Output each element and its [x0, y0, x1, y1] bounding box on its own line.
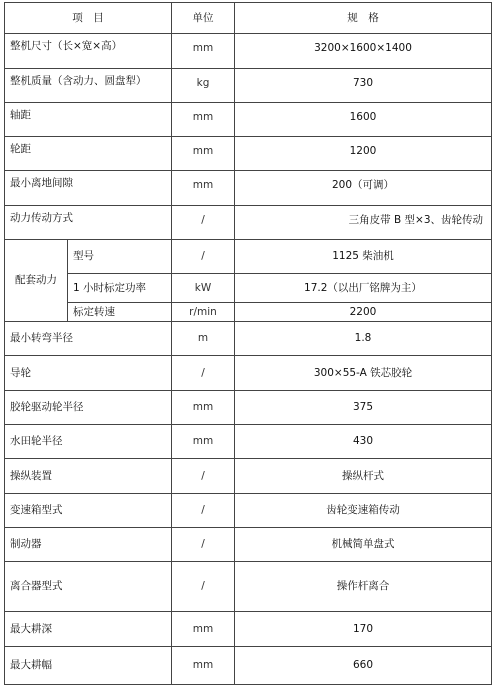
table-row: 轮距 mm 1200 — [5, 137, 492, 171]
unit-cell: mm — [172, 34, 235, 69]
spec-cell: 3200×1600×1400 — [235, 34, 492, 69]
table-row: 变速箱型式 / 齿轮变速箱传动 — [5, 494, 492, 528]
header-unit: 单位 — [172, 3, 235, 34]
spec-cell: 430 — [235, 425, 492, 459]
header-spec: 规 格 — [235, 3, 492, 34]
table-row: 胶轮驱动轮半径 mm 375 — [5, 391, 492, 425]
spec-cell: 齿轮变速箱传动 — [235, 494, 492, 528]
item-cell: 动力传动方式 — [5, 206, 172, 240]
unit-cell: mm — [172, 647, 235, 685]
spec-cell: 三角皮带 B 型×3、齿轮传动 — [235, 206, 492, 240]
unit-cell: mm — [172, 137, 235, 171]
item-cell: 操纵装置 — [5, 459, 172, 494]
table-row: 轴距 mm 1600 — [5, 103, 492, 137]
unit-cell: mm — [172, 391, 235, 425]
table-row: 导轮 / 300×55-A 铁芯胶轮 — [5, 356, 492, 391]
spec-cell: 1125 柴油机 — [235, 240, 492, 274]
spec-cell: 机械简单盘式 — [235, 528, 492, 562]
unit-cell: / — [172, 356, 235, 391]
group-row: 1 小时标定功率 kW 17.2（以出厂铭牌为主） — [5, 274, 492, 303]
unit-cell: / — [172, 494, 235, 528]
item-cell: 最大耕深 — [5, 612, 172, 647]
spec-cell: 170 — [235, 612, 492, 647]
table-row: 整机尺寸（长×宽×高） mm 3200×1600×1400 — [5, 34, 492, 69]
spec-cell: 2200 — [235, 303, 492, 322]
spec-table: 项 目 单位 规 格 整机尺寸（长×宽×高） mm 3200×1600×1400… — [4, 2, 492, 685]
item-cell: 变速箱型式 — [5, 494, 172, 528]
unit-cell: mm — [172, 103, 235, 137]
group-row: 标定转速 r/min 2200 — [5, 303, 492, 322]
group-label: 配套动力 — [5, 240, 68, 322]
table-row: 最小转弯半径 m 1.8 — [5, 322, 492, 356]
group-row: 配套动力 型号 / 1125 柴油机 — [5, 240, 492, 274]
spec-cell: 1.8 — [235, 322, 492, 356]
spec-cell: 375 — [235, 391, 492, 425]
unit-cell: kg — [172, 69, 235, 103]
item-cell: 胶轮驱动轮半径 — [5, 391, 172, 425]
spec-cell: 1600 — [235, 103, 492, 137]
unit-cell: / — [172, 240, 235, 274]
unit-cell: mm — [172, 171, 235, 206]
spec-cell: 730 — [235, 69, 492, 103]
item-cell: 制动器 — [5, 528, 172, 562]
item-cell: 最大耕幅 — [5, 647, 172, 685]
table-row: 最小离地间隙 mm 200（可调） — [5, 171, 492, 206]
sub-item-cell: 1 小时标定功率 — [68, 274, 172, 303]
unit-cell: kW — [172, 274, 235, 303]
item-cell: 轮距 — [5, 137, 172, 171]
item-cell: 导轮 — [5, 356, 172, 391]
table-row: 水田轮半径 mm 430 — [5, 425, 492, 459]
item-cell: 离合器型式 — [5, 562, 172, 612]
spec-cell: 300×55-A 铁芯胶轮 — [235, 356, 492, 391]
header-row: 项 目 单位 规 格 — [5, 3, 492, 34]
table-row: 制动器 / 机械简单盘式 — [5, 528, 492, 562]
spec-cell: 660 — [235, 647, 492, 685]
unit-cell: / — [172, 562, 235, 612]
table-row: 操纵装置 / 操纵杆式 — [5, 459, 492, 494]
spec-cell: 操纵杆式 — [235, 459, 492, 494]
sub-item-cell: 标定转速 — [68, 303, 172, 322]
spec-cell: 操作杆离合 — [235, 562, 492, 612]
item-cell: 轴距 — [5, 103, 172, 137]
unit-cell: m — [172, 322, 235, 356]
unit-cell: mm — [172, 612, 235, 647]
item-cell: 水田轮半径 — [5, 425, 172, 459]
unit-cell: r/min — [172, 303, 235, 322]
table-row: 动力传动方式 / 三角皮带 B 型×3、齿轮传动 — [5, 206, 492, 240]
item-cell: 最小转弯半径 — [5, 322, 172, 356]
unit-cell: / — [172, 206, 235, 240]
table-row: 最大耕深 mm 170 — [5, 612, 492, 647]
spec-cell: 1200 — [235, 137, 492, 171]
spec-cell: 200（可调） — [235, 171, 492, 206]
unit-cell: / — [172, 459, 235, 494]
unit-cell: / — [172, 528, 235, 562]
table-row: 整机质量（含动力、圆盘犁） kg 730 — [5, 69, 492, 103]
spec-cell: 17.2（以出厂铭牌为主） — [235, 274, 492, 303]
table-row: 最大耕幅 mm 660 — [5, 647, 492, 685]
item-cell: 最小离地间隙 — [5, 171, 172, 206]
unit-cell: mm — [172, 425, 235, 459]
sub-item-cell: 型号 — [68, 240, 172, 274]
table-row: 离合器型式 / 操作杆离合 — [5, 562, 492, 612]
item-cell: 整机质量（含动力、圆盘犁） — [5, 69, 172, 103]
item-cell: 整机尺寸（长×宽×高） — [5, 34, 172, 69]
header-item: 项 目 — [5, 3, 172, 34]
